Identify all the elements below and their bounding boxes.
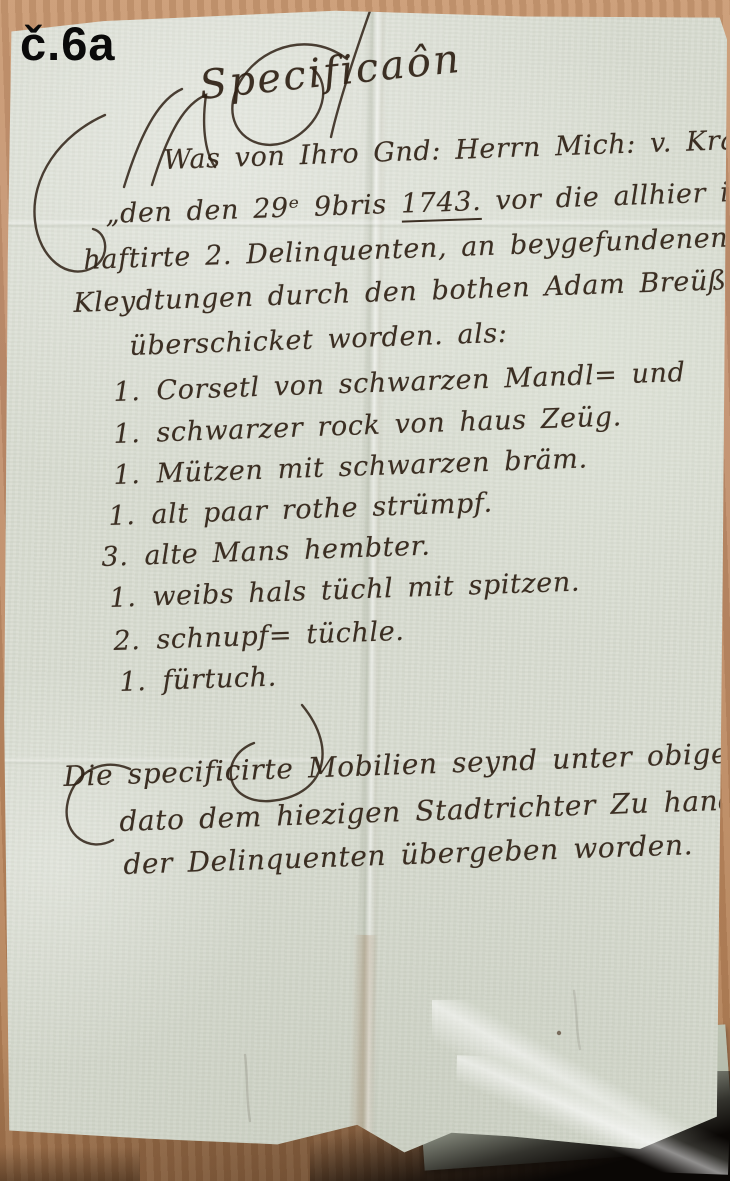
item-text: alt paar rothe strümpf. xyxy=(151,488,493,531)
item-text: Corsetl von schwarzen Mandl= und xyxy=(156,357,686,406)
intro-line: überschicket worden. als: xyxy=(129,318,508,362)
item-text: alte Mans hembter. xyxy=(144,531,431,572)
intro-line: Kleydtungen durch den bothen Adam Breüß xyxy=(73,265,727,319)
catalog-number-label: č.6a xyxy=(20,16,115,71)
list-item: 1.weibs hals tüchl mit spitzen. xyxy=(109,567,581,614)
item-text: schwarzer rock von haus Zeüg. xyxy=(156,401,622,448)
bottom-left-shading xyxy=(0,1147,140,1181)
intro-line: Was von Ihro Gnd: Herrn Mich: v. Krall„ xyxy=(163,124,730,176)
item-text: fürtuch. xyxy=(162,662,277,697)
list-item: 1.Corsetl von schwarzen Mandl= und xyxy=(113,357,686,408)
list-item: 1.fürtuch. xyxy=(119,662,277,698)
document-title: Specificaôn xyxy=(197,36,463,109)
closing-line: Die specificirte Mobilien seynd unter ob… xyxy=(63,736,730,793)
item-quantity: 2. xyxy=(113,625,141,657)
item-quantity: 1. xyxy=(113,376,141,408)
bleedthrough-mark xyxy=(245,1055,250,1121)
item-quantity: 1. xyxy=(119,666,147,698)
item-quantity: 1. xyxy=(109,582,137,614)
photo-of-manuscript: Specificaôn Was von Ihro Gnd: Herrn Mich… xyxy=(0,0,730,1181)
list-item: 1.Mützen mit schwarzen bräm. xyxy=(113,443,588,491)
item-quantity: 1. xyxy=(113,459,141,491)
closing-line: der Delinquenten übergeben worden. xyxy=(123,828,694,881)
item-quantity: 1. xyxy=(113,418,141,450)
date-suffix: vor die allhier in„ xyxy=(481,176,730,217)
underlined-year: 1743. xyxy=(400,186,481,223)
manuscript-paper: Specificaôn Was von Ihro Gnd: Herrn Mich… xyxy=(2,5,727,1157)
item-quantity: 3. xyxy=(101,541,129,573)
fold-crease-highlight xyxy=(453,1055,730,1175)
item-quantity: 1. xyxy=(108,500,136,532)
list-item: 1.alt paar rothe strümpf. xyxy=(108,488,493,532)
